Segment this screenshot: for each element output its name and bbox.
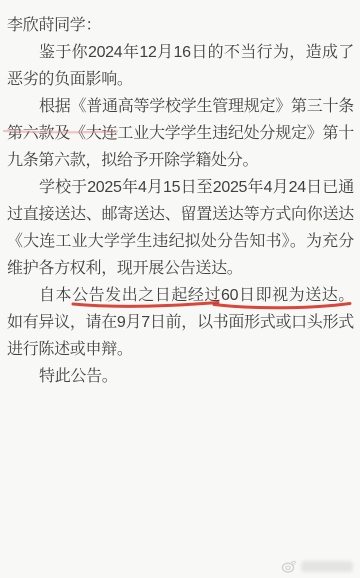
closing-line: 特此公告。: [7, 363, 354, 390]
paragraph-misconduct: 鉴于你2024年12月16日的不当行为，造成了恶劣的负面影响。: [7, 39, 354, 93]
paragraph-objection-deadline: 自本公告发出之日起经过60日即视为送达。如有异议，请在9月7日前，以书面形式或口…: [7, 282, 354, 363]
paragraph-regulations: 根据《普通高等学校学生管理规定》第三十条第六款及《大连工业大学学生违纪处分规定》…: [7, 93, 354, 174]
notice-document: 李欣莳同学： 鉴于你2024年12月16日的不当行为，造成了恶劣的负面影响。 根…: [0, 0, 360, 390]
weibo-icon: [281, 559, 297, 573]
greeting-line: 李欣莳同学：: [7, 12, 354, 39]
watermark-text-blurred: [301, 561, 353, 572]
notice-page: 李欣莳同学： 鉴于你2024年12月16日的不当行为，造成了恶劣的负面影响。 根…: [0, 0, 360, 578]
weibo-watermark: [281, 559, 353, 573]
paragraph-delivery-dates: 学校于2025年4月15日至2025年4月24日已通过直接送达、邮寄送达、留置送…: [7, 174, 354, 282]
